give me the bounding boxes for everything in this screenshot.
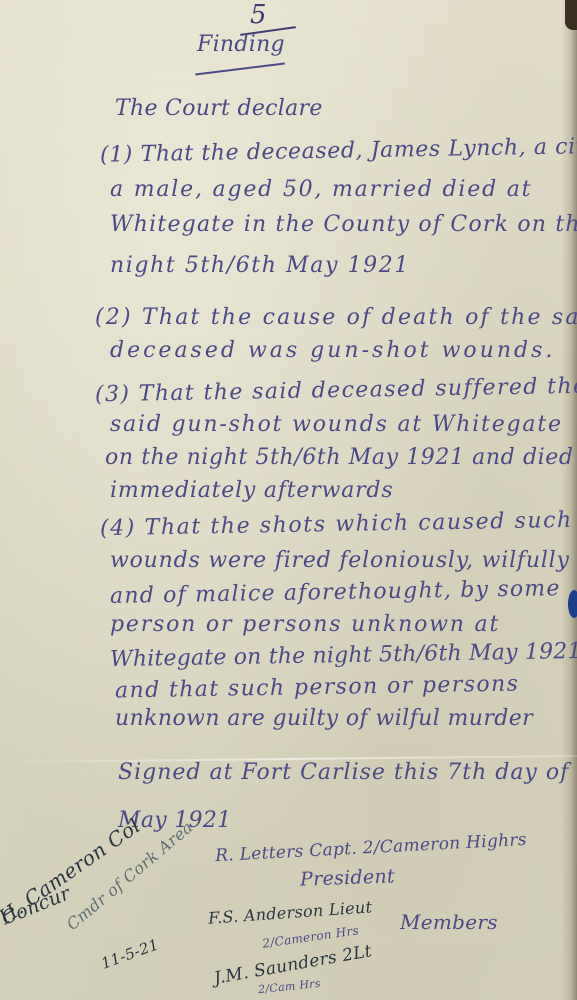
ink-blot xyxy=(568,590,577,618)
finding-line: person or persons unknown at xyxy=(110,612,500,637)
finding-line: (2) That the cause of death of the said xyxy=(95,305,577,330)
finding-line: a male, aged 50, married died at xyxy=(110,177,532,202)
court-declare-intro: The Court declare xyxy=(115,96,323,121)
finding-line: deceased was gun-shot wounds. xyxy=(110,338,555,363)
finding-line: Whitegate in the County of Cork on the xyxy=(110,212,577,237)
finding-line: immediately afterwards xyxy=(110,478,393,503)
page-corner xyxy=(565,0,577,30)
finding-line: night 5th/6th May 1921 xyxy=(110,253,410,278)
finding-line: unknown are guilty of wilful murder xyxy=(115,706,533,731)
finding-line: said gun-shot wounds at Whitegate xyxy=(110,412,563,437)
signed-at-line: Signed at Fort Carlise this 7th day of xyxy=(118,760,569,785)
finding-line: wounds were fired feloniously, wilfully xyxy=(110,548,570,573)
president-label: President xyxy=(300,865,396,890)
page-number: 5 xyxy=(250,0,267,30)
members-label: Members xyxy=(400,910,498,934)
finding-line: on the night 5th/6th May 1921 and died xyxy=(105,445,574,470)
finding-heading: Finding xyxy=(197,32,285,57)
